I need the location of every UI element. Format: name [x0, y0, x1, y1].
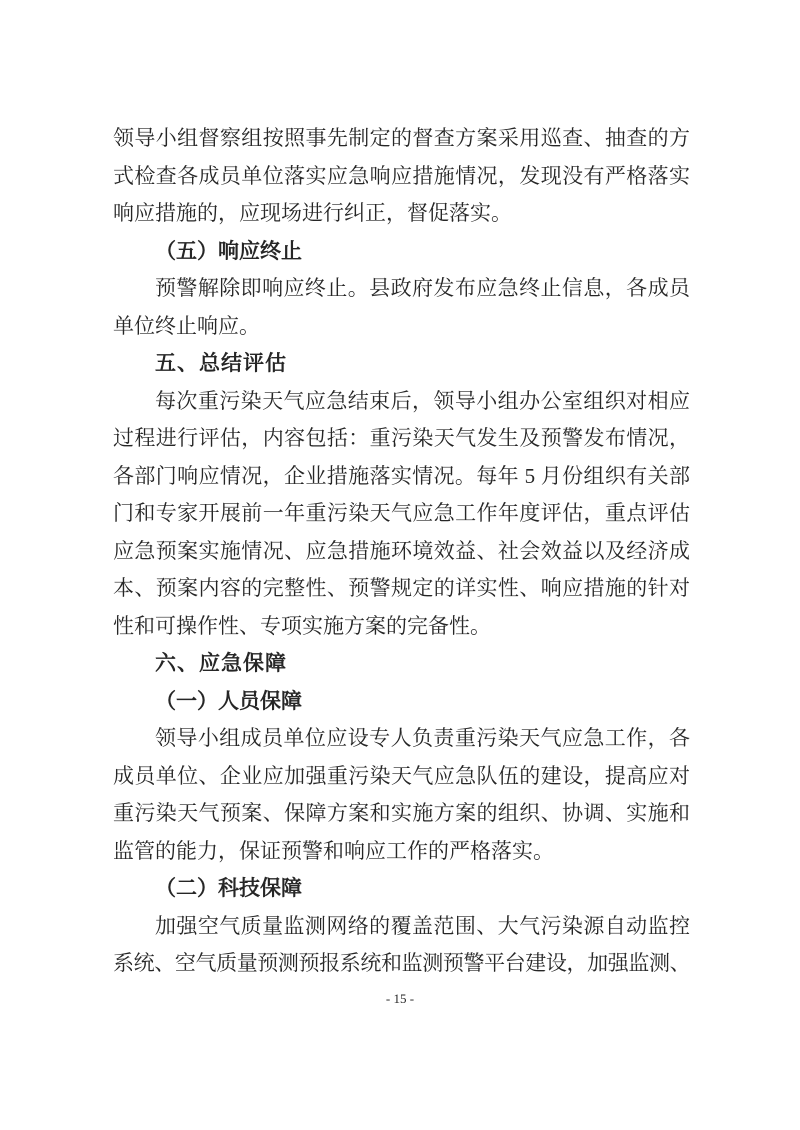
body-line: 单位终止响应。 — [113, 308, 690, 346]
body-line: 应急预案实施情况、应急措施环境效益、社会效益以及经济成 — [113, 533, 690, 571]
subsection-heading: （五）响应终止 — [155, 233, 690, 271]
subsection-heading: （二）科技保障 — [155, 870, 690, 908]
body-line: 响应措施的，应现场进行纠正，督促落实。 — [113, 195, 690, 233]
document-page: 领导小组督察组按照事先制定的督查方案采用巡查、抽查的方 式检查各成员单位落实应急… — [0, 0, 800, 1130]
document-body: 领导小组督察组按照事先制定的督查方案采用巡查、抽查的方 式检查各成员单位落实应急… — [113, 120, 690, 983]
body-line: 加强空气质量监测网络的覆盖范围、大气污染源自动监控 — [113, 908, 690, 946]
body-line: 监管的能力，保证预警和响应工作的严格落实。 — [113, 833, 690, 871]
body-line: 系统、空气质量预测预报系统和监测预警平台建设，加强监测、 — [113, 945, 690, 983]
section-heading: 五、总结评估 — [155, 345, 690, 383]
page-number: - 15 - — [0, 991, 800, 1007]
subsection-heading: （一）人员保障 — [155, 683, 690, 721]
body-line: 各部门响应情况，企业措施落实情况。每年 5 月份组织有关部 — [113, 458, 690, 496]
body-line: 门和专家开展前一年重污染天气应急工作年度评估，重点评估 — [113, 495, 690, 533]
body-line: 式检查各成员单位落实应急响应措施情况，发现没有严格落实 — [113, 158, 690, 196]
body-line: 本、预案内容的完整性、预警规定的详实性、响应措施的针对 — [113, 570, 690, 608]
body-line: 领导小组成员单位应设专人负责重污染天气应急工作，各 — [113, 720, 690, 758]
body-line: 成员单位、企业应加强重污染天气应急队伍的建设，提高应对 — [113, 758, 690, 796]
body-line: 领导小组督察组按照事先制定的督查方案采用巡查、抽查的方 — [113, 120, 690, 158]
body-line: 每次重污染天气应急结束后，领导小组办公室组织对相应 — [113, 383, 690, 421]
body-line: 过程进行评估，内容包括：重污染天气发生及预警发布情况， — [113, 420, 690, 458]
body-line: 重污染天气预案、保障方案和实施方案的组织、协调、实施和 — [113, 795, 690, 833]
body-line: 性和可操作性、专项实施方案的完备性。 — [113, 608, 690, 646]
body-line: 预警解除即响应终止。县政府发布应急终止信息，各成员 — [113, 270, 690, 308]
section-heading: 六、应急保障 — [155, 645, 690, 683]
